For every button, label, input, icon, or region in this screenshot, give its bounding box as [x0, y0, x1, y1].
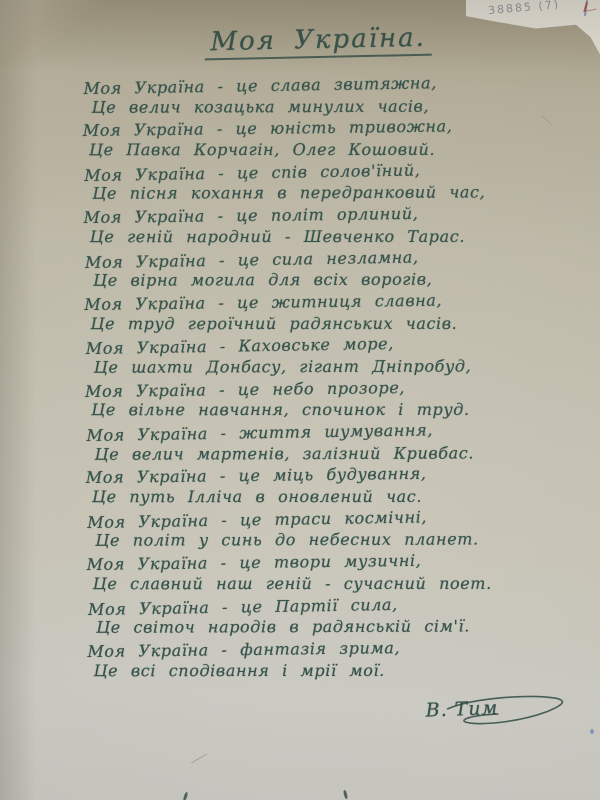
poem-line: Моя Україна - це твори музичні, [86, 548, 575, 576]
poem-line: Моя Україна - фантазія зрима, [87, 635, 576, 663]
photo-of-manuscript: 38885 (7) Моя Україна. Моя Україна - це … [0, 0, 600, 800]
poem-body: Моя Україна - це слава звитяжна,Це велич… [81, 72, 576, 684]
ink-speck [590, 729, 594, 734]
signature: В. Тим [425, 694, 576, 743]
poem-title: Моя Україна. [204, 23, 432, 61]
poem-line: Моя Україна - це політ орлиний, [83, 201, 572, 229]
red-pen-mark [583, 0, 599, 12]
signature-flourish [443, 688, 574, 733]
poem-line: Це всі сподівання і мрії мої. [94, 659, 577, 681]
poem-line: Моя Україна - це житниця славна, [84, 288, 573, 316]
corner-note: 38885 (7) [488, 0, 561, 17]
